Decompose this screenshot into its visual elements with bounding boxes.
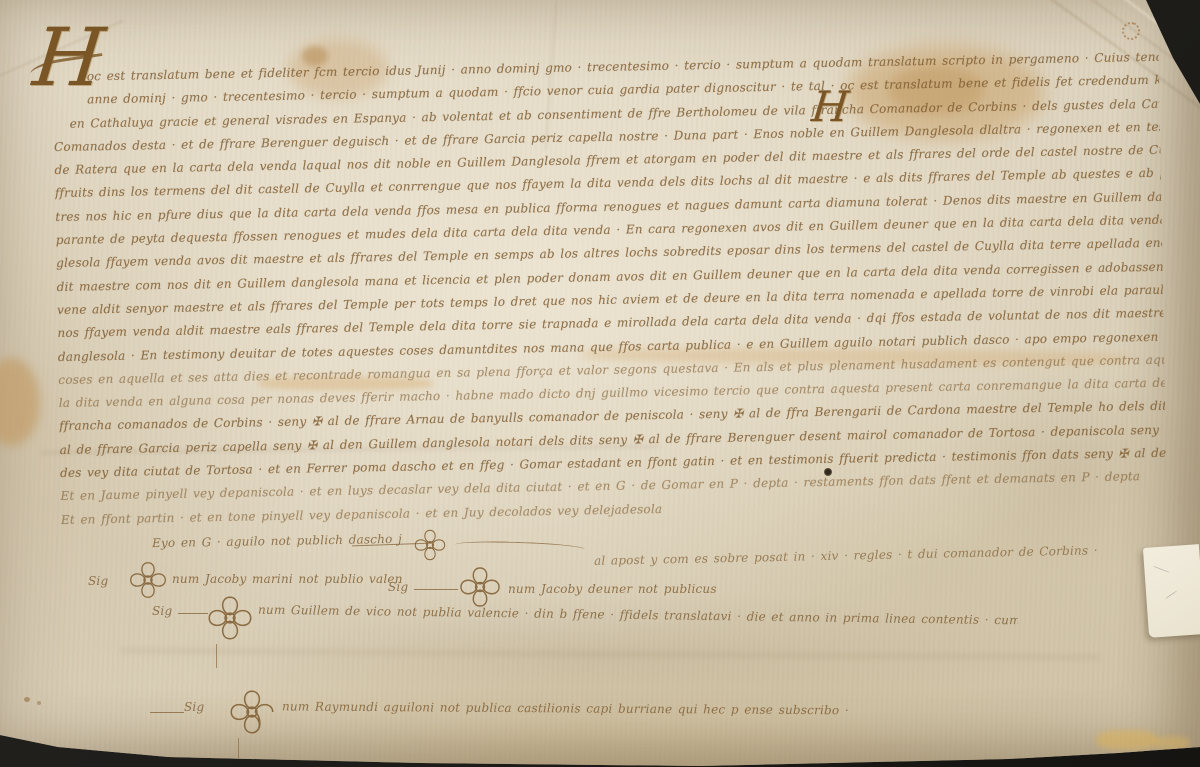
notarial-knot-sign	[228, 686, 276, 738]
notary-signature: num Guillem de vico not publia valencie …	[258, 603, 1018, 628]
parchment-sheet: H H oc est translatum bene et fideliter …	[0, 0, 1200, 767]
fold-crease	[120, 649, 1100, 660]
notary-closing-left: Eyo en G · aguilo not publich dascho ja …	[152, 532, 402, 550]
notarial-knot-sign	[458, 565, 502, 609]
ink-ring-mark	[1119, 19, 1142, 42]
signum-prefix: Sig	[388, 580, 418, 594]
bottom-stain	[1154, 736, 1190, 750]
signum-prefix: Sig	[152, 604, 182, 618]
pen-flourish	[216, 644, 217, 668]
signum-prefix: Sig	[184, 700, 214, 714]
photo-backdrop: H H oc est translatum bene et fideliter …	[0, 0, 1200, 767]
parchment-edge-highlight	[0, 726, 1200, 760]
pencil-mark	[1165, 590, 1177, 599]
paper-repair-patch	[1143, 544, 1200, 638]
notary-closing-right: al apost y com es sobre posat in · xiv ·…	[594, 542, 1154, 568]
notary-signature: num Raymundi aguiloni not publica castil…	[282, 699, 1022, 718]
edge-stain	[0, 358, 40, 446]
notarial-knot-sign	[404, 528, 456, 562]
bottom-stain	[1096, 730, 1158, 750]
ink-spot	[37, 701, 41, 705]
pen-flourish	[238, 738, 239, 760]
pen-flourish	[414, 589, 458, 590]
pen-flourish	[150, 712, 184, 713]
notarial-knot-sign	[206, 592, 254, 644]
witness-signature: num Jacoby deuner not publicus valne · t…	[508, 582, 718, 596]
pen-flourish	[455, 540, 585, 555]
notarial-knot-sign	[128, 560, 168, 600]
charter-text-block: oc est translatum bene et fideliter fcm …	[53, 46, 1167, 532]
signum-prefix: Sig	[88, 574, 124, 588]
pen-flourish	[178, 613, 208, 614]
ink-spot	[24, 697, 30, 702]
pencil-mark	[1153, 566, 1170, 573]
witness-signature: num Jacoby marini not publio valencie te…	[172, 572, 402, 586]
